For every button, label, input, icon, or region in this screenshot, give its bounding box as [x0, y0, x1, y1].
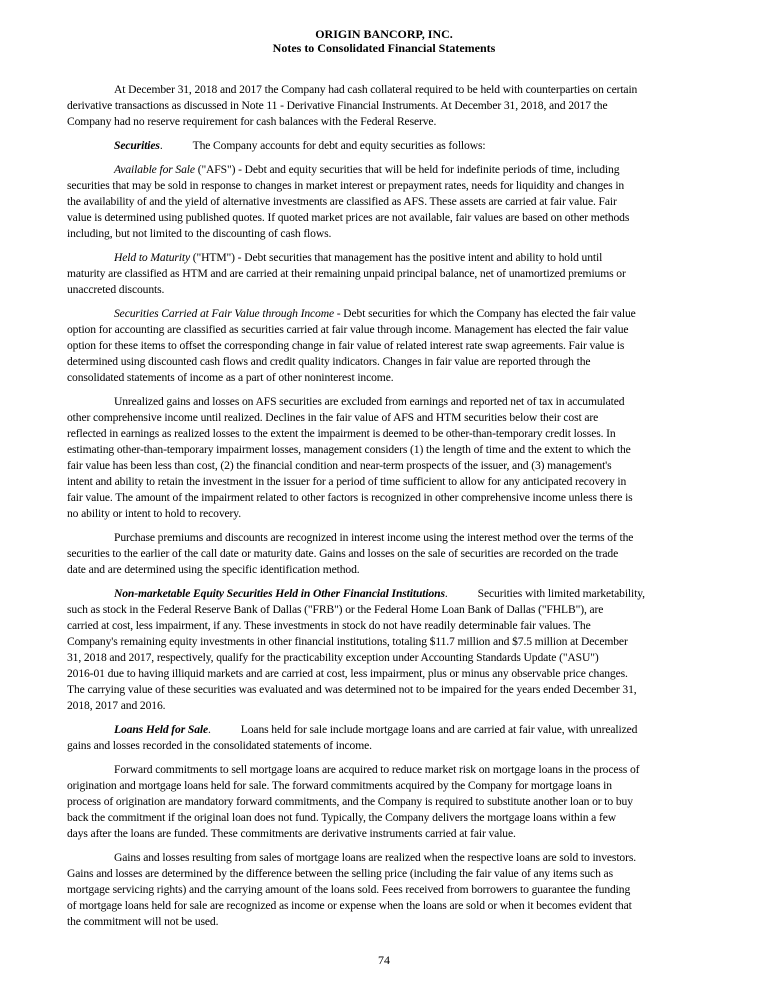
text-run: ("AFS") - Debt and equity securities tha…: [195, 163, 619, 176]
text-line: Loans Held for Sale.Loans held for sale …: [67, 722, 712, 738]
paragraph-purchase-premiums: Purchase premiums and discounts are reco…: [67, 530, 712, 578]
text-line: Purchase premiums and discounts are reco…: [67, 530, 712, 546]
text-line: unaccreted discounts.: [67, 282, 712, 298]
text-line: determined using discounted cash flows a…: [67, 354, 712, 370]
text-line: consolidated statements of income as a p…: [67, 370, 712, 386]
paragraph-mortgage-gains-losses: Gains and losses resulting from sales of…: [67, 850, 712, 930]
text-line: reflected in earnings as realized losses…: [67, 426, 712, 442]
text-line: Gains and losses resulting from sales of…: [67, 850, 712, 866]
paragraph-afs: Available for Sale ("AFS") - Debt and eq…: [67, 162, 712, 242]
text-line: value is determined using published quot…: [67, 210, 712, 226]
document-page: ORIGIN BANCORP, INC. Notes to Consolidat…: [0, 0, 768, 993]
text-line: process of origination are mandatory for…: [67, 794, 712, 810]
text-line: 2016-01 due to having illiquid markets a…: [67, 666, 712, 682]
heading-punct: .: [208, 723, 211, 736]
text-line: origination and mortgage loans held for …: [67, 778, 712, 794]
paragraph-securities: Securities.The Company accounts for debt…: [67, 138, 712, 154]
paragraph-fair-value-through-income: Securities Carried at Fair Value through…: [67, 306, 712, 386]
text-line: estimating other-than-temporary impairme…: [67, 442, 712, 458]
section-heading-non-marketable-equity: Non-marketable Equity Securities Held in…: [114, 587, 445, 600]
text-line: Forward commitments to sell mortgage loa…: [67, 762, 712, 778]
text-line: date and are determined using the specif…: [67, 562, 712, 578]
text-run: Loans held for sale include mortgage loa…: [241, 723, 638, 736]
text-run: The Company accounts for debt and equity…: [193, 139, 486, 152]
text-line: securities that may be sold in response …: [67, 178, 712, 194]
text-line: Unrealized gains and losses on AFS secur…: [67, 394, 712, 410]
paragraph-cash-collateral: At December 31, 2018 and 2017 the Compan…: [67, 82, 712, 130]
text-line: Held to Maturity ("HTM") - Debt securiti…: [67, 250, 712, 266]
text-line: option for these items to offset the cor…: [67, 338, 712, 354]
text-line: Gains and losses are determined by the d…: [67, 866, 712, 882]
text-line: Securities Carried at Fair Value through…: [67, 306, 712, 322]
text-line: The carrying value of these securities w…: [67, 682, 712, 698]
text-line: mortgage servicing rights) and the carry…: [67, 882, 712, 898]
text-line: of mortgage loans held for sale are reco…: [67, 898, 712, 914]
company-name: ORIGIN BANCORP, INC.: [0, 27, 768, 42]
paragraph-unrealized-gains: Unrealized gains and losses on AFS secur…: [67, 394, 712, 522]
document-body: At December 31, 2018 and 2017 the Compan…: [67, 82, 712, 938]
section-heading-securities: Securities: [114, 139, 160, 152]
text-line: fair value has been less than cost, (2) …: [67, 458, 712, 474]
text-line: Company had no reserve requirement for c…: [67, 114, 712, 130]
term-afs: Available for Sale: [114, 163, 195, 176]
text-line: Non-marketable Equity Securities Held in…: [67, 586, 712, 602]
text-run: Securities with limited marketability,: [478, 587, 645, 600]
text-line: At December 31, 2018 and 2017 the Compan…: [67, 82, 712, 98]
text-line: such as stock in the Federal Reserve Ban…: [67, 602, 712, 618]
page-number: 74: [0, 953, 768, 968]
text-line: the commitment will not be used.: [67, 914, 712, 930]
text-run: ("HTM") - Debt securities that managemen…: [190, 251, 602, 264]
document-subtitle: Notes to Consolidated Financial Statemen…: [0, 41, 768, 56]
text-line: derivative transactions as discussed in …: [67, 98, 712, 114]
paragraph-loans-held-for-sale: Loans Held for Sale.Loans held for sale …: [67, 722, 712, 754]
paragraph-non-marketable-equity: Non-marketable Equity Securities Held in…: [67, 586, 712, 714]
section-heading-loans-held-for-sale: Loans Held for Sale: [114, 723, 208, 736]
paragraph-forward-commitments: Forward commitments to sell mortgage loa…: [67, 762, 712, 842]
text-line: 2018, 2017 and 2016.: [67, 698, 712, 714]
text-line: carried at cost, less impairment, if any…: [67, 618, 712, 634]
paragraph-htm: Held to Maturity ("HTM") - Debt securiti…: [67, 250, 712, 298]
heading-punct: .: [160, 139, 163, 152]
text-line: gains and losses recorded in the consoli…: [67, 738, 712, 754]
text-line: other comprehensive income until realize…: [67, 410, 712, 426]
text-line: days after the loans are funded. These c…: [67, 826, 712, 842]
text-run: - Debt securities for which the Company …: [334, 307, 636, 320]
text-line: no ability or intent to hold to recovery…: [67, 506, 712, 522]
heading-punct: .: [445, 587, 448, 600]
text-line: Securities.The Company accounts for debt…: [67, 138, 712, 154]
text-line: intent and ability to retain the investm…: [67, 474, 712, 490]
term-fair-value-through-income: Securities Carried at Fair Value through…: [114, 307, 334, 320]
text-line: back the commitment if the original loan…: [67, 810, 712, 826]
text-line: Company's remaining equity investments i…: [67, 634, 712, 650]
text-line: option for accounting are classified as …: [67, 322, 712, 338]
text-line: maturity are classified as HTM and are c…: [67, 266, 712, 282]
term-htm: Held to Maturity: [114, 251, 190, 264]
text-line: fair value. The amount of the impairment…: [67, 490, 712, 506]
text-line: 31, 2018 and 2017, respectively, qualify…: [67, 650, 712, 666]
text-line: including, but not limited to the discou…: [67, 226, 712, 242]
text-line: Available for Sale ("AFS") - Debt and eq…: [67, 162, 712, 178]
text-line: securities to the earlier of the call da…: [67, 546, 712, 562]
text-line: the availability of and the yield of alt…: [67, 194, 712, 210]
